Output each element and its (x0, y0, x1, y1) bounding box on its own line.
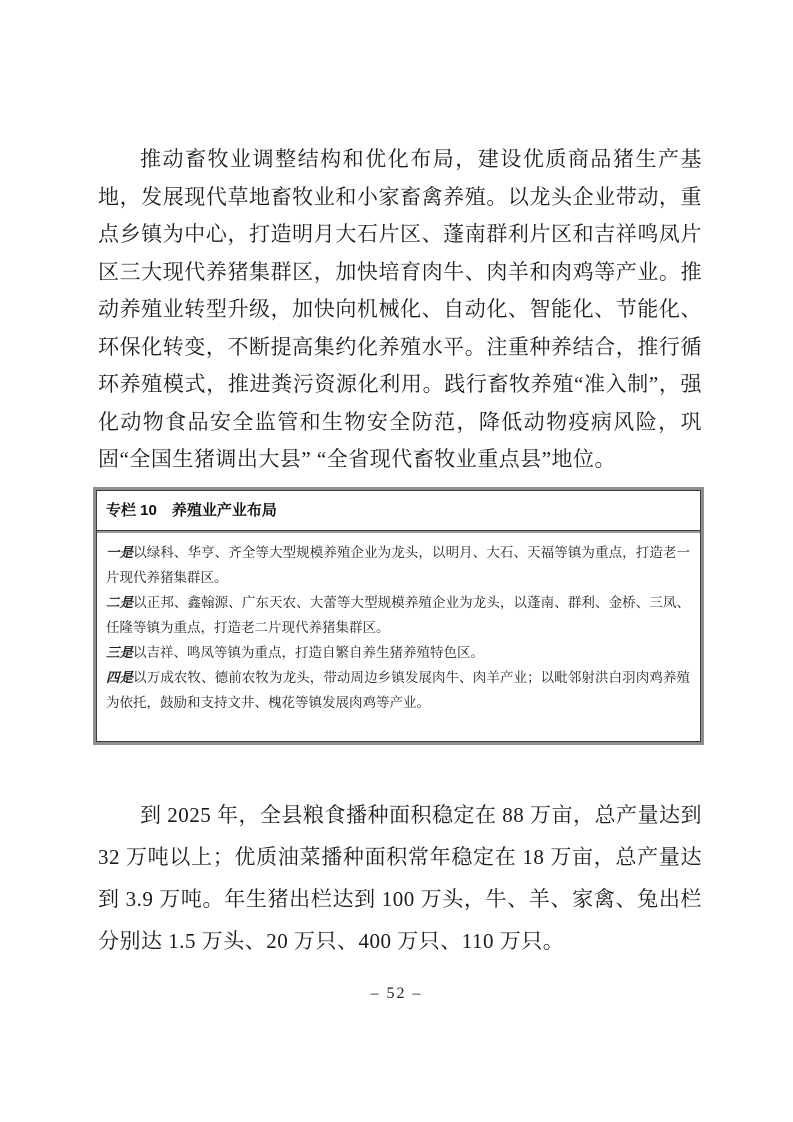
column-box-10: 专栏 10 养殖业产业布局 一是以绿科、华亨、齐全等大型规模养殖企业为龙头，以明… (96, 490, 701, 742)
paragraph-2025-targets: 到 2025 年，全县粮食播种面积稳定在 88 万亩，总产量达到 32 万吨以上… (98, 794, 702, 962)
column-box-item-2: 二是以正邦、鑫翰源、广东天农、大蕾等大型规模养殖企业为龙头，以蓬南、群利、金桥、… (106, 590, 690, 640)
item-text: 以吉祥、鸣凤等镇为重点，打造自繁自养生猪养殖特色区。 (133, 645, 484, 660)
column-box-item-4: 四是以万成农牧、德前农牧为龙头，带动周边乡镇发展肉牛、肉羊产业；以毗邻射洪白羽肉… (106, 665, 690, 715)
column-box-item-1: 一是以绿科、华亨、齐全等大型规模养殖企业为龙头，以明月、大石、天福等镇为重点，打… (106, 540, 690, 590)
item-text: 以正邦、鑫翰源、广东天农、大蕾等大型规模养殖企业为龙头，以蓬南、群利、金桥、三凤… (106, 595, 690, 635)
item-lead: 二是 (106, 595, 133, 610)
paragraph-livestock-development: 推动畜牧业调整结构和优化布局，建设优质商品猪生产基地，发展现代草地畜牧业和小家畜… (98, 141, 702, 479)
item-text: 以绿科、华亨、齐全等大型规模养殖企业为龙头，以明月、大石、天福等镇为重点，打造老… (106, 545, 690, 585)
page-number: – 52 – (0, 985, 793, 1003)
column-box-body: 一是以绿科、华亨、齐全等大型规模养殖企业为龙头，以明月、大石、天福等镇为重点，打… (97, 531, 700, 715)
item-text: 以万成农牧、德前农牧为龙头，带动周边乡镇发展肉牛、肉羊产业；以毗邻射洪白羽肉鸡养… (106, 670, 690, 710)
item-lead: 一是 (106, 545, 133, 560)
column-box-item-3: 三是以吉祥、鸣凤等镇为重点，打造自繁自养生猪养殖特色区。 (106, 640, 690, 665)
column-box-title: 专栏 10 养殖业产业布局 (97, 491, 700, 531)
item-lead: 三是 (106, 645, 133, 660)
item-lead: 四是 (106, 670, 133, 685)
document-page: 推动畜牧业调整结构和优化布局，建设优质商品猪生产基地，发展现代草地畜牧业和小家畜… (0, 0, 793, 1122)
